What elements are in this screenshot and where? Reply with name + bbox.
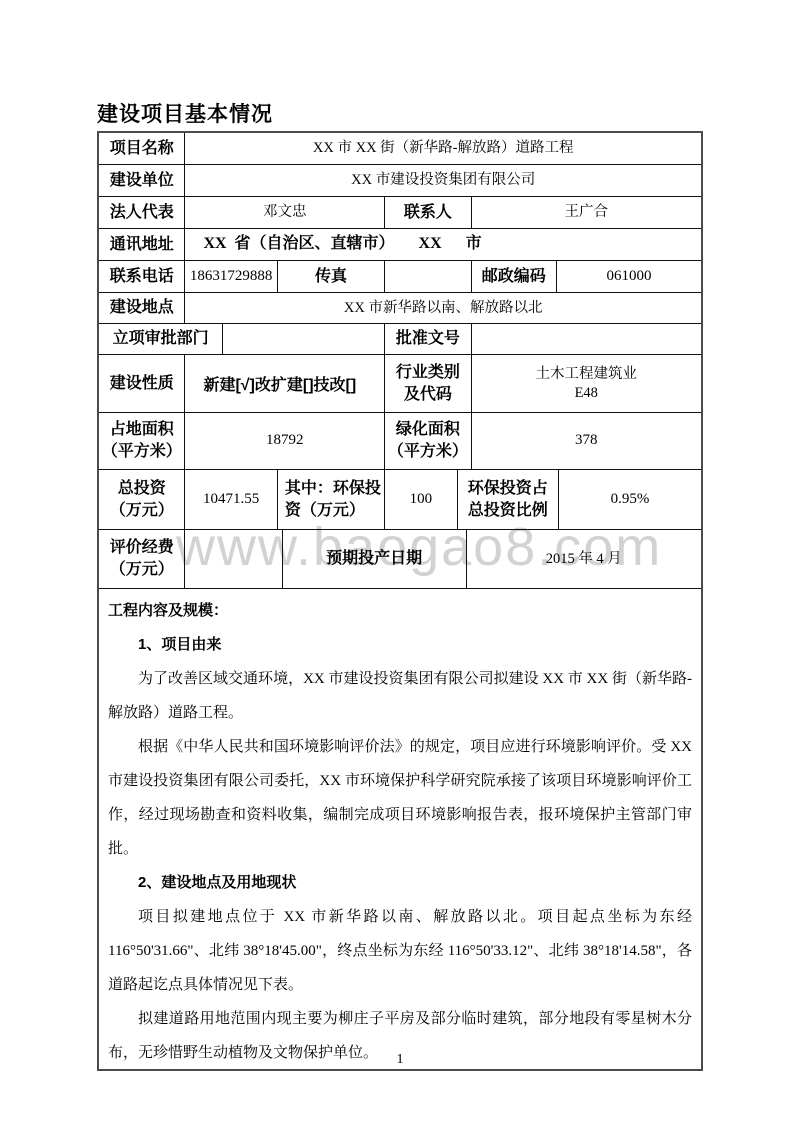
green-area-label: 绿化面积 （平方米） <box>385 413 471 469</box>
row-site: 建设地点 XX 市新华路以南、解放路以北 <box>99 293 701 324</box>
green-area-label-line1: 绿化面积 <box>396 419 460 441</box>
construction-unit-label: 建设单位 <box>99 165 185 196</box>
construction-unit-value: XX 市建设投资集团有限公司 <box>185 165 701 196</box>
content-paragraph-2: 根据《中华人民共和国环境影响评价法》的规定，项目应进行环境影响评价。受 XX 市… <box>108 730 692 866</box>
eval-fund-label-line1: 评价经费 <box>110 537 174 559</box>
green-area-value: 378 <box>472 413 701 469</box>
approval-dept-label: 立项审批部门 <box>99 324 223 354</box>
industry-value: 土木工程建筑业 E48 <box>472 355 701 412</box>
industry-label: 行业类别 及代码 <box>385 355 471 412</box>
total-investment-label: 总投资 （万元） <box>99 470 185 529</box>
row-project-name: 项目名称 XX 市 XX 街（新华路-解放路）道路工程 <box>99 133 701 165</box>
env-ratio-value: 0.95% <box>559 470 701 529</box>
nature-label: 建设性质 <box>99 355 185 412</box>
row-content: 工程内容及规模： 1、项目由来 为了改善区域交通环境，XX 市建设投资集团有限公… <box>99 589 701 1069</box>
row-legal-rep: 法人代表 邓文忠 联系人 王广合 <box>99 197 701 229</box>
nature-value: 新建[√]改扩建[]技改[] <box>185 355 385 412</box>
eval-fund-value <box>185 530 282 588</box>
industry-label-line1: 行业类别 <box>396 362 460 384</box>
content-heading-1: 1、项目由来 <box>108 628 692 662</box>
total-investment-label-line1: 总投资 <box>118 478 166 500</box>
fax-value <box>385 261 471 292</box>
total-investment-label-line2: （万元） <box>110 500 174 522</box>
approval-no-value <box>472 324 701 354</box>
legal-rep-value: 邓文忠 <box>185 197 385 228</box>
contact-value: 王广合 <box>472 197 701 228</box>
row-approval: 立项审批部门 批准文号 <box>99 324 701 355</box>
fax-label: 传真 <box>278 261 385 292</box>
document-body: 建设项目基本情况 项目名称 XX 市 XX 街（新华路-解放路）道路工程 建设单… <box>97 98 703 1071</box>
phone-label: 联系电话 <box>99 261 185 292</box>
row-nature-industry: 建设性质 新建[√]改扩建[]技改[] 行业类别 及代码 土木工程建筑业 E48 <box>99 355 701 413</box>
row-investment: 总投资 （万元） 10471.55 其中：环保投 资（万元） 100 环保投资占… <box>99 470 701 530</box>
row-eval-date: 评价经费 （万元） 预期投产日期 2015 年 4 月 <box>99 530 701 589</box>
industry-value-line2: E48 <box>575 384 598 403</box>
page-title: 建设项目基本情况 <box>97 98 703 128</box>
env-investment-label: 其中：环保投 资（万元） <box>278 470 385 529</box>
row-construction-unit: 建设单位 XX 市建设投资集团有限公司 <box>99 165 701 197</box>
env-ratio-label-line2: 总投资比例 <box>468 500 548 522</box>
project-name-label: 项目名称 <box>99 133 185 164</box>
project-info-table: 项目名称 XX 市 XX 街（新华路-解放路）道路工程 建设单位 XX 市建设投… <box>97 131 703 1071</box>
legal-rep-label: 法人代表 <box>99 197 185 228</box>
site-label: 建设地点 <box>99 293 185 323</box>
address-value: XX 省（自治区、直辖市） XX 市 <box>185 229 701 260</box>
env-ratio-label: 环保投资占 总投资比例 <box>458 470 559 529</box>
land-area-label-line2: （平方米） <box>102 441 182 463</box>
env-investment-label-line2: 资（万元） <box>285 500 365 522</box>
land-area-label: 占地面积 （平方米） <box>99 413 185 469</box>
row-area: 占地面积 （平方米） 18792 绿化面积 （平方米） 378 <box>99 413 701 470</box>
row-address: 通讯地址 XX 省（自治区、直辖市） XX 市 <box>99 229 701 261</box>
contact-label: 联系人 <box>385 197 471 228</box>
content-paragraph-1: 为了改善区域交通环境，XX 市建设投资集团有限公司拟建设 XX 市 XX 街（新… <box>108 662 692 730</box>
land-area-value: 18792 <box>185 413 385 469</box>
row-phone: 联系电话 18631729888 传真 邮政编码 061000 <box>99 261 701 293</box>
env-ratio-label-line1: 环保投资占 <box>468 478 548 500</box>
approval-dept-value <box>223 324 385 354</box>
prod-date-label: 预期投产日期 <box>283 530 467 588</box>
phone-value: 18631729888 <box>185 261 277 292</box>
document-page: { "page": { "title": "建设项目基本情况", "waterm… <box>0 0 800 1132</box>
approval-no-label: 批准文号 <box>385 324 471 354</box>
eval-fund-label-line2: （万元） <box>110 559 174 581</box>
postcode-label: 邮政编码 <box>472 261 557 292</box>
prod-date-value: 2015 年 4 月 <box>467 530 701 588</box>
total-investment-value: 10471.55 <box>185 470 277 529</box>
industry-label-line2: 及代码 <box>404 384 452 406</box>
content-paragraph-3: 项目拟建地点位于 XX 市新华路以南、解放路以北。项目起点坐标为东经 116°5… <box>108 900 692 1002</box>
land-area-label-line1: 占地面积 <box>110 419 174 441</box>
site-value: XX 市新华路以南、解放路以北 <box>185 293 701 323</box>
content-section-title: 工程内容及规模： <box>108 594 692 628</box>
env-investment-value: 100 <box>385 470 458 529</box>
project-content-section: 工程内容及规模： 1、项目由来 为了改善区域交通环境，XX 市建设投资集团有限公… <box>99 589 701 1069</box>
green-area-label-line2: （平方米） <box>388 441 468 463</box>
env-investment-label-line1: 其中：环保投 <box>285 478 381 500</box>
content-heading-2: 2、建设地点及用地现状 <box>108 866 692 900</box>
postcode-value: 061000 <box>557 261 701 292</box>
address-label: 通讯地址 <box>99 229 185 260</box>
industry-value-line1: 土木工程建筑业 <box>536 365 638 384</box>
eval-fund-label: 评价经费 （万元） <box>99 530 185 588</box>
project-name-value: XX 市 XX 街（新华路-解放路）道路工程 <box>185 133 701 164</box>
page-number: 1 <box>0 1052 800 1068</box>
